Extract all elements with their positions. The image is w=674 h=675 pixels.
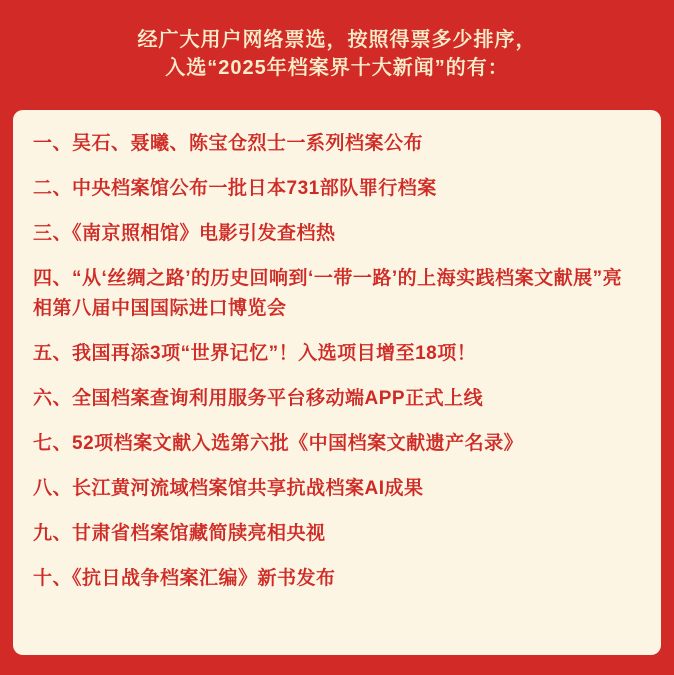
news-item-5: 五、我国再添3项“世界记忆”！入选项目增至18项！ bbox=[33, 339, 641, 369]
news-panel: 一、吴石、聂曦、陈宝仓烈士一系列档案公布 二、中央档案馆公布一批日本731部队罪… bbox=[13, 110, 661, 655]
news-item-4: 四、“从‘丝绸之路’的历史回响到‘一带一路’的上海实践档案文献展”亮相第八届中国… bbox=[33, 264, 641, 324]
header-line-1: 经广大用户网络票选，按照得票多少排序， bbox=[0, 26, 674, 54]
header-line-2: 入选“2025年档案界十大新闻”的有： bbox=[0, 54, 674, 82]
news-item-1: 一、吴石、聂曦、陈宝仓烈士一系列档案公布 bbox=[33, 129, 641, 159]
news-item-2: 二、中央档案馆公布一批日本731部队罪行档案 bbox=[33, 174, 641, 204]
news-item-3: 三、《南京照相馆》电影引发查档热 bbox=[33, 219, 641, 249]
news-item-8: 八、长江黄河流域档案馆共享抗战档案AI成果 bbox=[33, 474, 641, 504]
news-item-6: 六、全国档案查询利用服务平台移动端APP正式上线 bbox=[33, 384, 641, 414]
news-item-9: 九、甘肃省档案馆藏简牍亮相央视 bbox=[33, 519, 641, 549]
news-item-7: 七、52项档案文献入选第六批《中国档案文献遗产名录》 bbox=[33, 429, 641, 459]
news-list: 一、吴石、聂曦、陈宝仓烈士一系列档案公布 二、中央档案馆公布一批日本731部队罪… bbox=[33, 129, 641, 594]
news-item-10: 十、《抗日战争档案汇编》新书发布 bbox=[33, 564, 641, 594]
header-banner: 经广大用户网络票选，按照得票多少排序， 入选“2025年档案界十大新闻”的有： bbox=[0, 0, 674, 82]
